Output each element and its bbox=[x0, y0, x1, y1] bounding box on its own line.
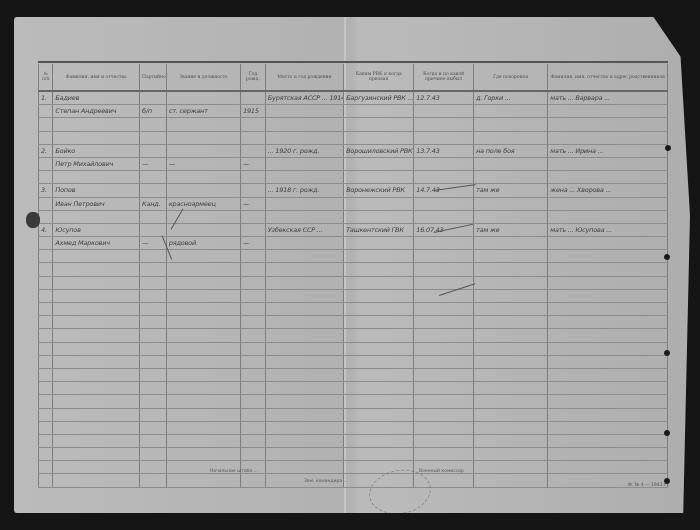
table-row bbox=[39, 448, 668, 461]
table-row: Степан Андреевич б/п ст. сержант 1915 bbox=[39, 105, 668, 118]
col-header-born: Место и год рождения bbox=[265, 64, 343, 91]
table-row bbox=[39, 250, 668, 263]
cell-family: мать ... Юсупова ... bbox=[548, 223, 668, 236]
cell-born: ... 1920 г. рожд. bbox=[265, 144, 343, 157]
table-row: Петр Михайлович — — — bbox=[39, 157, 668, 170]
table-row bbox=[39, 355, 668, 368]
footer-left-label: Начальник штаба ... bbox=[210, 469, 258, 474]
cell-family: мать ... Ирина ... bbox=[548, 144, 668, 157]
col-header-year: Год рожд. bbox=[241, 64, 266, 91]
cell-no: 1. bbox=[39, 91, 53, 105]
cell-drafted: Ворошиловский РВК bbox=[344, 144, 414, 157]
cell-no: 3. bbox=[39, 184, 53, 197]
table-row: Иван Петрович Канд. красноармеец — bbox=[39, 197, 668, 210]
form-code: Ф. № 4 — 1943 г. bbox=[628, 483, 668, 488]
document-sheet: № п/п Фамилия, имя и отчество Партийност… bbox=[14, 17, 690, 513]
table-row: 4. Юсупов Узбекская ССР ... Ташкентский … bbox=[39, 223, 668, 236]
table-row bbox=[39, 131, 668, 144]
cell-year: — bbox=[241, 157, 266, 170]
table-row bbox=[39, 316, 668, 329]
punch-hole bbox=[664, 430, 670, 436]
table-row bbox=[39, 289, 668, 302]
cell-surname: Юсупов bbox=[53, 223, 140, 236]
footer-right-label: Военный комиссар bbox=[419, 469, 464, 474]
cell-drafted: Ташкентский ГВК bbox=[344, 223, 414, 236]
table-row bbox=[39, 171, 668, 184]
col-header-rank: Звание и должность bbox=[166, 64, 240, 91]
table-row bbox=[39, 434, 668, 447]
cell-drafted: Воронежский РВК bbox=[344, 184, 414, 197]
cell-surname: Попов bbox=[53, 184, 140, 197]
table-row bbox=[39, 382, 668, 395]
cell-surname: Бойко bbox=[53, 144, 140, 157]
cell-drafted: Баргузинский РВК ... bbox=[344, 91, 414, 105]
cell-born: ... 1918 г. рожд. bbox=[265, 184, 343, 197]
col-header-name: Фамилия, имя и отчество bbox=[53, 64, 140, 91]
cell-date: 12.7.43 bbox=[414, 91, 474, 105]
cell-given: Ахмед Маркович bbox=[53, 237, 140, 250]
table-row bbox=[39, 118, 668, 131]
cell-party: Канд. bbox=[140, 197, 167, 210]
footer-center-label: Зам. командира ... bbox=[304, 479, 348, 484]
cell-family: жена ... Хворова ... bbox=[548, 184, 668, 197]
cell-rank: ст. сержант bbox=[166, 105, 240, 118]
header-rule bbox=[38, 61, 668, 63]
ink-blot bbox=[26, 212, 40, 228]
col-header-date: Когда и по какой причине выбыл bbox=[414, 64, 474, 91]
cell-no: 4. bbox=[39, 223, 53, 236]
col-header-drafted: Каким РВК и когда призван bbox=[344, 64, 414, 91]
punch-hole bbox=[664, 350, 670, 356]
cell-rank: красноармеец bbox=[166, 197, 240, 210]
table-row: 2. Бойко ... 1920 г. рожд. Ворошиловский… bbox=[39, 144, 668, 157]
table-row bbox=[39, 474, 668, 487]
cell-cause: там же bbox=[474, 223, 548, 236]
col-header-family: Фамилия, имя, отчество и адрес родственн… bbox=[548, 64, 668, 91]
cell-family: мать ... Варвара ... bbox=[548, 91, 668, 105]
table-row bbox=[39, 210, 668, 223]
cell-cause: там же bbox=[474, 184, 548, 197]
cell-year: — bbox=[241, 237, 266, 250]
col-header-party: Партийность bbox=[140, 64, 167, 91]
punch-hole bbox=[664, 478, 670, 484]
table-row bbox=[39, 263, 668, 276]
cell-no: 2. bbox=[39, 144, 53, 157]
table-row: 3. Попов ... 1918 г. рожд. Воронежский Р… bbox=[39, 184, 668, 197]
punch-hole bbox=[664, 254, 670, 260]
cell-given: Иван Петрович bbox=[53, 197, 140, 210]
cell-rank: рядовой bbox=[166, 237, 240, 250]
col-header-cause: Где похоронен bbox=[474, 64, 548, 91]
table-row bbox=[39, 421, 668, 434]
table-row bbox=[39, 342, 668, 355]
cell-year: — bbox=[241, 197, 266, 210]
table-row bbox=[39, 395, 668, 408]
table-row bbox=[39, 461, 668, 474]
cell-given: Степан Андреевич bbox=[53, 105, 140, 118]
cell-surname: Бадиев bbox=[53, 91, 140, 105]
col-header-no: № п/п bbox=[39, 64, 53, 91]
punch-hole bbox=[665, 145, 671, 151]
table-row bbox=[39, 408, 668, 421]
cell-year: 1915 bbox=[241, 105, 266, 118]
cell-cause: д. Горки ... bbox=[474, 91, 548, 105]
table-row bbox=[39, 303, 668, 316]
table-row: 1. Бадиев Бурятская АССР ... 1914 г. рож… bbox=[39, 91, 668, 105]
header-row: № п/п Фамилия, имя и отчество Партийност… bbox=[39, 64, 668, 91]
loss-report-table: № п/п Фамилия, имя и отчество Партийност… bbox=[38, 64, 668, 488]
cell-party: б/п bbox=[140, 105, 167, 118]
table-body: 1. Бадиев Бурятская АССР ... 1914 г. рож… bbox=[39, 91, 668, 487]
cell-born: Бурятская АССР ... 1914 г. рожд. bbox=[265, 91, 343, 105]
cell-cause: на поле боя bbox=[474, 144, 548, 157]
cell-rank: — bbox=[166, 157, 240, 170]
cell-born: Узбекская ССР ... bbox=[265, 223, 343, 236]
table-row bbox=[39, 329, 668, 342]
cell-party: — bbox=[140, 157, 167, 170]
table-row: Ахмед Маркович — рядовой — bbox=[39, 237, 668, 250]
table-row bbox=[39, 368, 668, 381]
cell-date: 13.7.43 bbox=[414, 144, 474, 157]
table-row bbox=[39, 276, 668, 289]
cell-given: Петр Михайлович bbox=[53, 157, 140, 170]
